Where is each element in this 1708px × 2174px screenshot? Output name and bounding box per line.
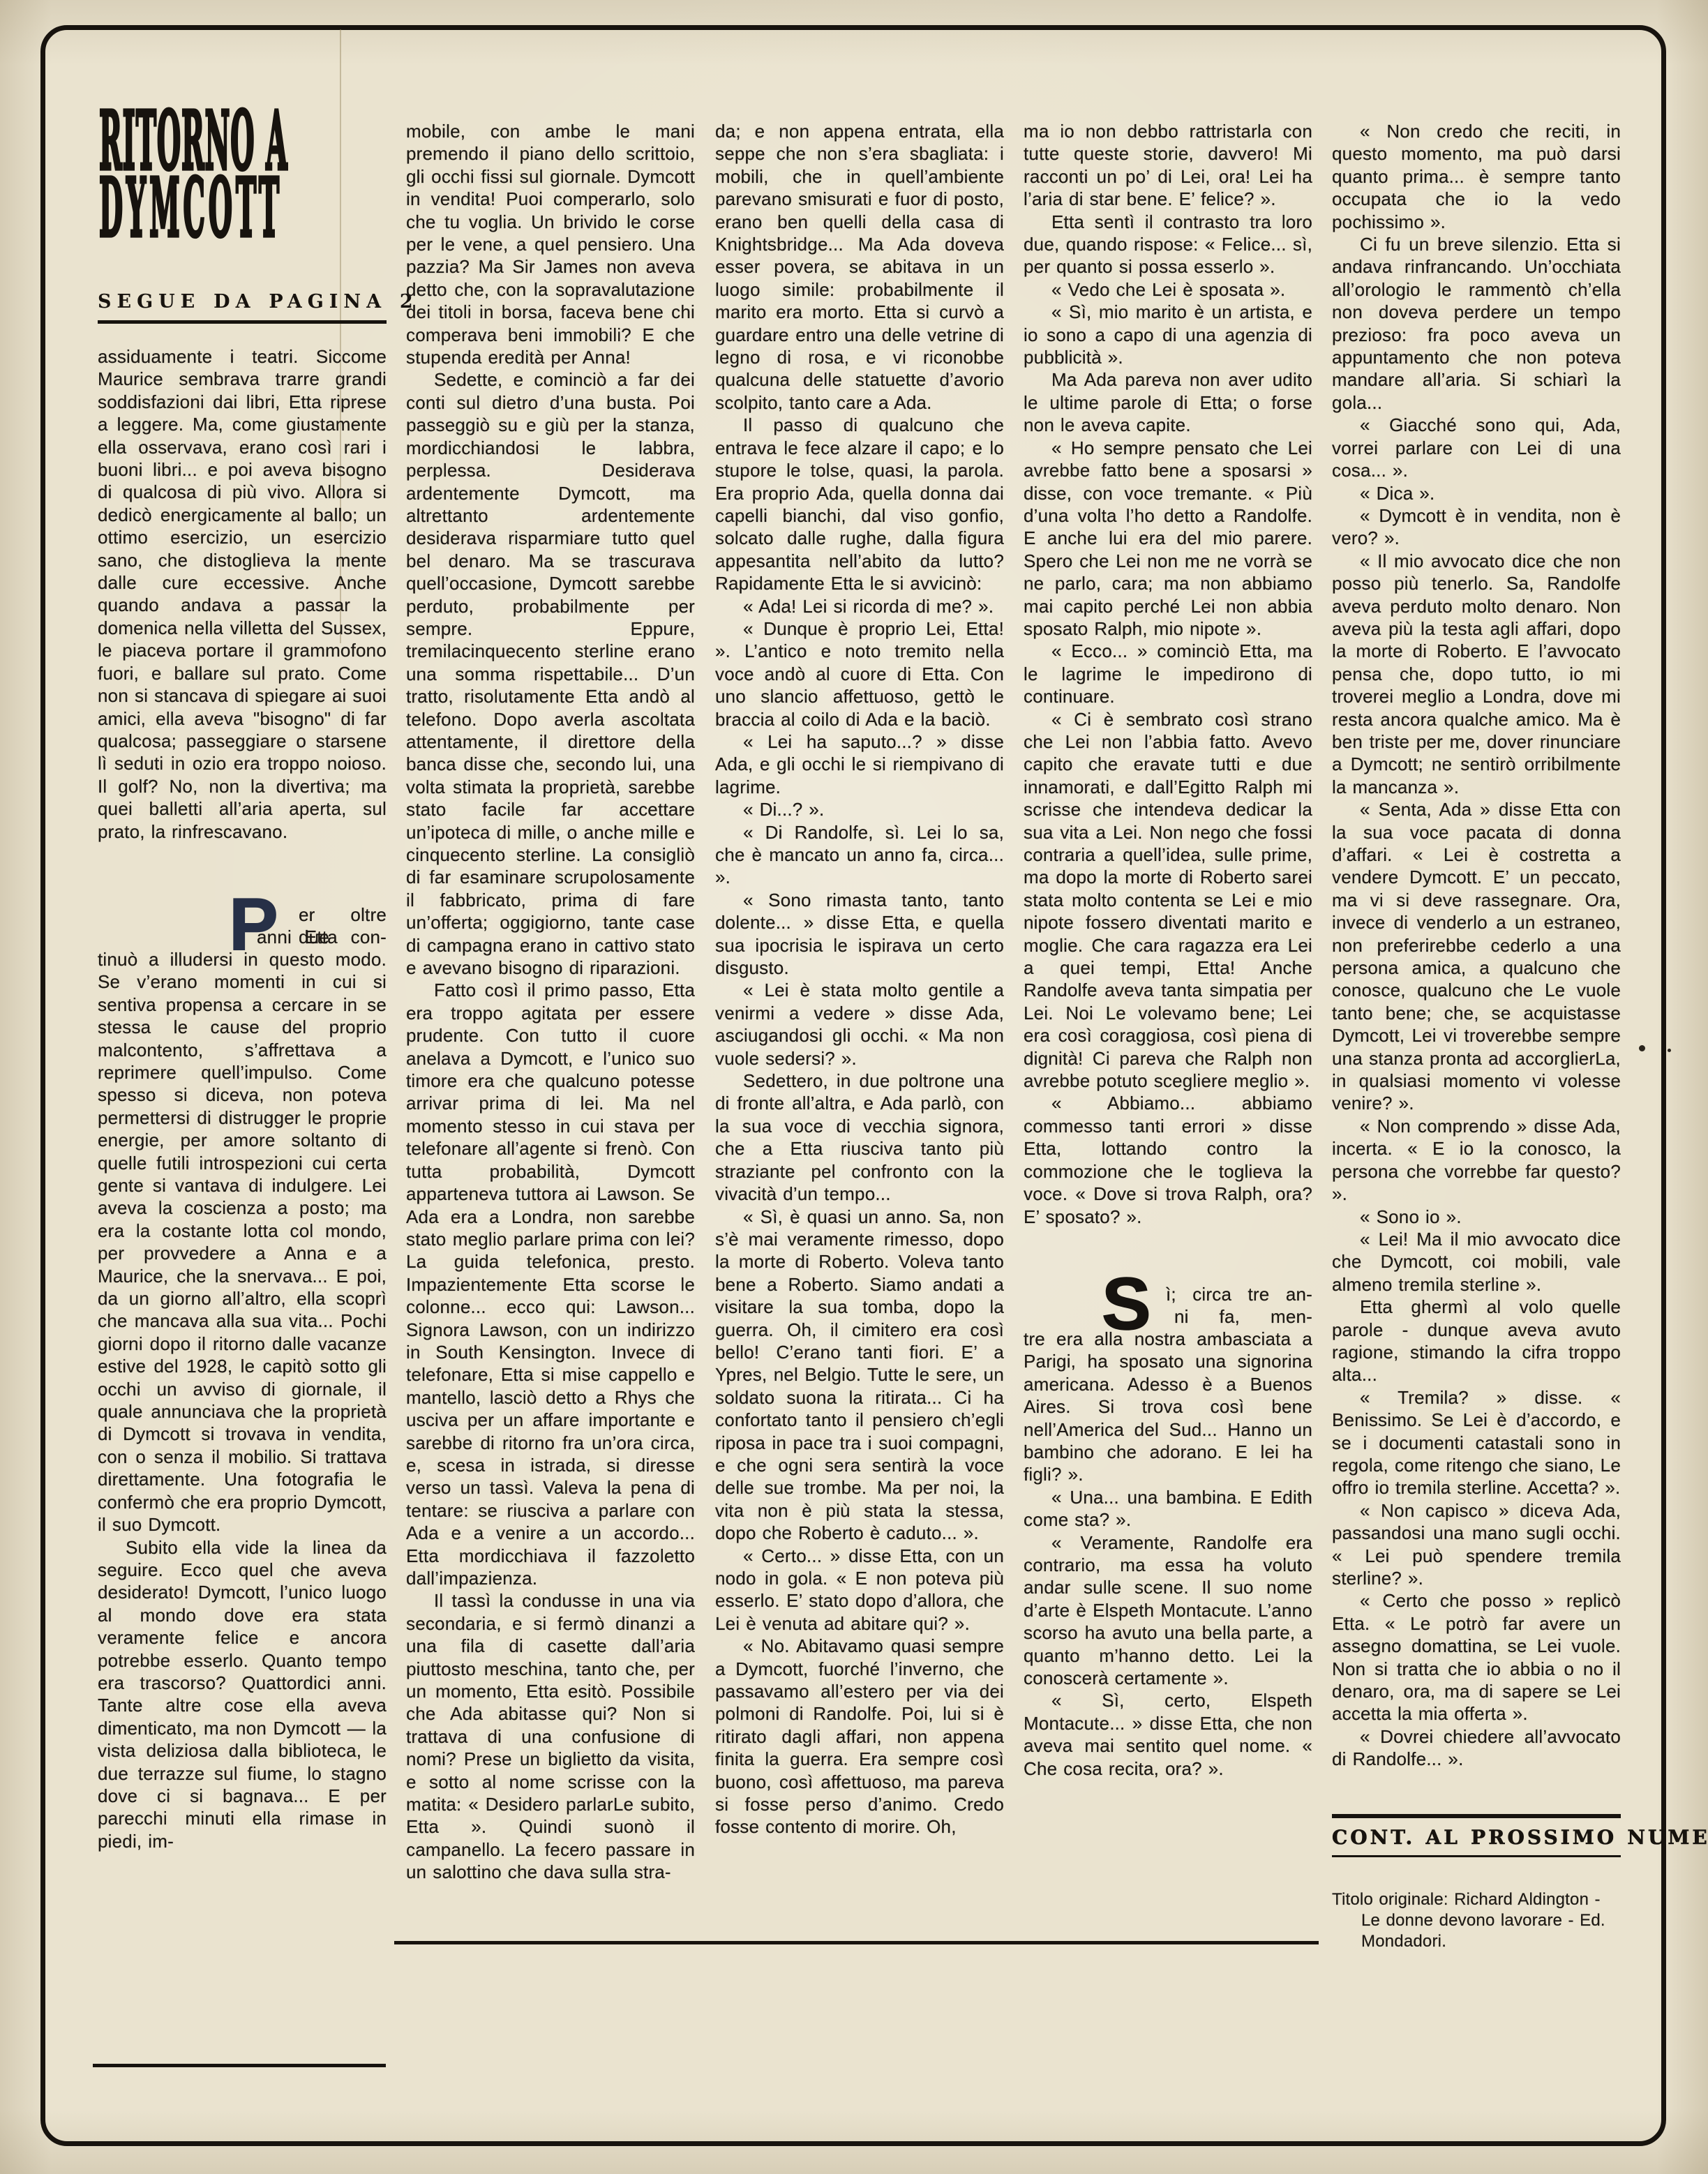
column-5: « Non credo che reciti, in questo moment… (1332, 120, 1621, 1771)
paragraph: « Dica ». (1332, 482, 1621, 504)
paragraph: Subito ella vide la linea da seguire. Ec… (98, 1536, 387, 1853)
paragraph: ma io non debbo rattristarla con tutte q… (1024, 120, 1312, 211)
drop-cap-letter: S (1102, 1276, 1151, 1332)
masthead-rule (98, 320, 387, 324)
paragraph: « Sono io ». (1332, 1206, 1621, 1228)
columns-end-rule (394, 1941, 1319, 1944)
paragraph: Etta ghermì al volo quelle parole - dunq… (1332, 1296, 1621, 1386)
paragraph: « Lei è stata molto gentile a venirmi a … (715, 979, 1004, 1070)
drop-cap-lead-line: ni fa, men- (1174, 1305, 1312, 1328)
paragraph: Sedette, e cominciò a far dei conti sul … (406, 368, 695, 979)
paragraph: « Non capisco » diceva Ada, passandosi u… (1332, 1499, 1621, 1590)
paragraph: tinuò a illudersi in questo modo. Se v’e… (98, 948, 387, 1536)
paragraph: « Certo... » disse Etta, con un nodo in … (715, 1545, 1004, 1635)
paragraph: « Ci è sembrato così strano che Lei non … (1024, 708, 1312, 1093)
paragraph: « Abbiamo... abbiamo commesso tanti erro… (1024, 1092, 1312, 1227)
paragraph: « Una... una bambina. E Edith come sta? … (1024, 1486, 1312, 1531)
drop-cap-row: Sì; circa tre an-ni fa, men- (1024, 1282, 1312, 1328)
drop-cap-lead-line: anni Etta con- (257, 926, 387, 948)
drop-cap-lead-line: ì; circa tre an- (1166, 1283, 1312, 1305)
footer-top-rule (1332, 1814, 1621, 1818)
paragraph: « Non credo che reciti, in questo moment… (1332, 120, 1621, 233)
paragraph: « Certo che posso » replicò Etta. « Le p… (1332, 1589, 1621, 1725)
paragraph: « Giacché sono qui, Ada, vorrei parlare … (1332, 414, 1621, 481)
column-2: mobile, con ambe le mani premendo il pia… (406, 120, 695, 1884)
drop-cap-row: Per oltre dueanni Etta con- (98, 903, 387, 948)
paragraph: « Dunque è proprio Lei, Etta! ». L’antic… (715, 617, 1004, 730)
paragraph: Il passo di qualcuno che entrava le fece… (715, 414, 1004, 594)
continued-next-issue-label: CONT. AL PROSSIMO NUMERO (1332, 1827, 1621, 1849)
paragraph: « Non comprendo » disse Ada, incerta. « … (1332, 1115, 1621, 1206)
paragraph: Etta sentì il contrasto tra loro due, qu… (1024, 211, 1312, 278)
paragraph: Il tassì la condusse in una via secondar… (406, 1589, 695, 1883)
paragraph: Fatto così il primo passo, Etta era trop… (406, 979, 695, 1589)
paper-speck (1639, 1045, 1645, 1051)
paragraph: « Il mio avvocato dice che non posso più… (1332, 550, 1621, 798)
paragraph: « Tremila? » disse. « Benissimo. Se Lei … (1332, 1386, 1621, 1499)
column-4: ma io non debbo rattristarla con tutte q… (1024, 120, 1312, 1780)
paragraph: Ci fu un breve silenzio. Etta si andava … (1332, 233, 1621, 414)
paragraph: « Lei! Ma il mio avvocato dice che Dymco… (1332, 1228, 1621, 1296)
footer-underline-rule (1332, 1855, 1621, 1857)
original-title-credit: Titolo originale: Richard Aldington - Le… (1332, 1889, 1621, 1952)
paragraph: « Di Randolfe, sì. Lei lo sa, che è manc… (715, 821, 1004, 889)
paragraph: « Sì, mio marito è un artista, e io sono… (1024, 301, 1312, 368)
paragraph: « Ho sempre pensato che Lei avrebbe fatt… (1024, 437, 1312, 640)
column-1-end-rule (93, 2064, 386, 2067)
drop-cap-lead-line: er oltre due (299, 904, 387, 926)
paragraph: « Sì, certo, Elspeth Montacute... » diss… (1024, 1689, 1312, 1780)
paragraph: Sedettero, in due poltrone una di fronte… (715, 1070, 1004, 1205)
paragraph: « No. Abitavamo quasi sempre a Dymcott, … (715, 1635, 1004, 1838)
paragraph: mobile, con ambe le mani premendo il pia… (406, 120, 695, 368)
paragraph: « Senta, Ada » disse Etta con la sua voc… (1332, 798, 1621, 1115)
paragraph: assiduamente i teatri. Siccome Maurice s… (98, 345, 387, 843)
continuation-note: SEGUE DA PAGINA 2 (98, 291, 387, 313)
article-title-line-2: DYMCOTT (99, 182, 283, 237)
paragraph: tre era alla nostra ambasciata a Parigi,… (1024, 1328, 1312, 1486)
paragraph: Ma Ada pareva non aver udito le ultime p… (1024, 368, 1312, 436)
paragraph: « Sì, è quasi un anno. Sa, non s’è mai v… (715, 1206, 1004, 1545)
article-title-line-1: RITORNO A (99, 115, 288, 170)
magazine-page: RITORNO A DYMCOTT SEGUE DA PAGINA 2 assi… (0, 0, 1708, 2174)
column-5-footer: CONT. AL PROSSIMO NUMERO Titolo original… (1332, 1797, 1621, 1952)
paragraph: « Sono rimasta tanto, tanto dolente... »… (715, 889, 1004, 980)
paragraph: « Vedo che Lei è sposata ». (1024, 278, 1312, 301)
paragraph: « Veramente, Randolfe era contrario, ma … (1024, 1531, 1312, 1690)
paragraph: « Di...? ». (715, 798, 1004, 820)
paragraph: « Ada! Lei si ricorda di me? ». (715, 595, 1004, 617)
paragraph: « Ecco... » cominciò Etta, ma le lagrime… (1024, 640, 1312, 707)
paragraph: « Dymcott è in vendita, non è vero? ». (1332, 504, 1621, 550)
paper-speck (1668, 1049, 1671, 1052)
masthead: RITORNO A DYMCOTT SEGUE DA PAGINA 2 (98, 115, 387, 345)
paragraph: « Lei ha saputo...? » disse Ada, e gli o… (715, 730, 1004, 798)
paragraph: da; e non appena entrata, ella seppe che… (715, 120, 1004, 414)
column-3: da; e non appena entrata, ella seppe che… (715, 120, 1004, 1838)
column-1: RITORNO A DYMCOTT SEGUE DA PAGINA 2 assi… (98, 115, 387, 1852)
paragraph: « Dovrei chiedere all’avvocato di Randol… (1332, 1725, 1621, 1771)
